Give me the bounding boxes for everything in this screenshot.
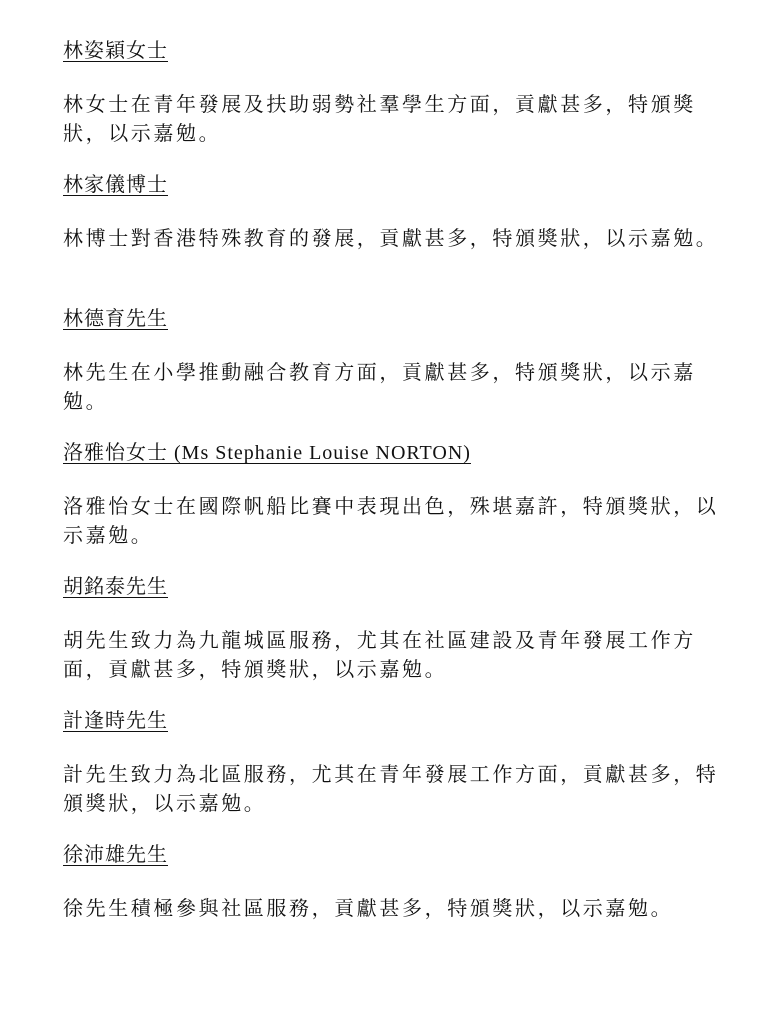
recipient-name-zh: 洛雅怡女士 [63,440,168,464]
award-entry: 胡銘泰先生 胡先生致力為九龍城區服務，尤其在社區建設及青年發展工作方面，貢獻甚多… [63,572,723,684]
recipient-name-en: (Ms Stephanie Louise NORTON) [168,442,471,464]
award-entry: 計逢時先生 計先生致力為北區服務，尤其在青年發展工作方面，貢獻甚多，特頒獎狀，以… [63,706,723,818]
award-description: 徐先生積極參與社區服務，貢獻甚多，特頒獎狀，以示嘉勉。 [63,894,673,923]
award-description: 洛雅怡女士在國際帆船比賽中表現出色，殊堪嘉許，特頒獎狀，以示嘉勉。 [63,492,723,550]
award-description: 計先生致力為北區服務，尤其在青年發展工作方面，貢獻甚多，特頒獎狀，以示嘉勉。 [63,760,723,818]
award-entry: 徐沛雄先生 徐先生積極參與社區服務，貢獻甚多，特頒獎狀，以示嘉勉。 [63,840,673,923]
recipient-name-zh: 林家儀博士 [63,172,168,196]
award-entry: 林家儀博士 林博士對香港特殊教育的發展，貢獻甚多，特頒獎狀，以示嘉勉。 [63,170,718,253]
recipient-name-zh: 徐沛雄先生 [63,842,168,866]
award-description: 林先生在小學推動融合教育方面，貢獻甚多，特頒獎狀，以示嘉勉。 [63,358,723,416]
recipient-name: 胡銘泰先生 [63,572,168,600]
recipient-name: 徐沛雄先生 [63,840,168,868]
recipient-name-zh: 胡銘泰先生 [63,574,168,598]
recipient-name-zh: 計逢時先生 [63,708,168,732]
recipient-name-zh: 林姿穎女士 [63,38,168,62]
award-description: 胡先生致力為九龍城區服務，尤其在社區建設及青年發展工作方面，貢獻甚多，特頒獎狀，… [63,626,723,684]
recipient-name: 林姿穎女士 [63,36,168,64]
award-entry: 林德育先生 林先生在小學推動融合教育方面，貢獻甚多，特頒獎狀，以示嘉勉。 [63,304,723,416]
recipient-name: 洛雅怡女士 (Ms Stephanie Louise NORTON) [63,438,471,466]
recipient-name: 林德育先生 [63,304,168,332]
award-entry: 林姿穎女士 林女士在青年發展及扶助弱勢社羣學生方面，貢獻甚多，特頒獎狀，以示嘉勉… [63,36,723,148]
award-entry: 洛雅怡女士 (Ms Stephanie Louise NORTON) 洛雅怡女士… [63,438,723,550]
recipient-name: 計逢時先生 [63,706,168,734]
recipient-name: 林家儀博士 [63,170,168,198]
award-description: 林女士在青年發展及扶助弱勢社羣學生方面，貢獻甚多，特頒獎狀，以示嘉勉。 [63,90,723,148]
recipient-name-zh: 林德育先生 [63,306,168,330]
award-description: 林博士對香港特殊教育的發展，貢獻甚多，特頒獎狀，以示嘉勉。 [63,224,718,253]
